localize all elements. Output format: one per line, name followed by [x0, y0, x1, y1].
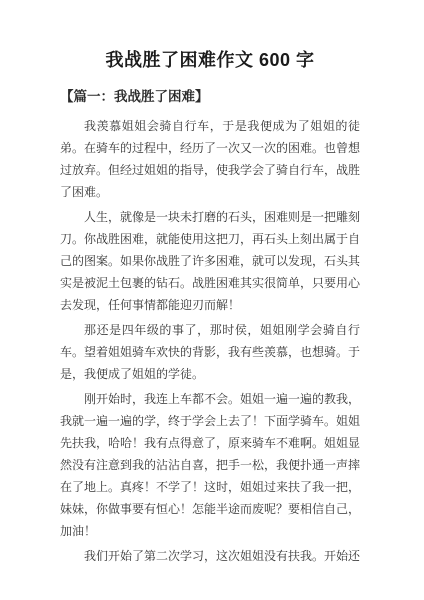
essay-paragraph-4: 刚开始时，我连上车都不会。姐姐一遍一遍的教我，我就一遍一遍的学，终于学会上去了！…	[60, 388, 360, 542]
essay-paragraph-1: 我羡慕姐姐会骑自行车，于是我便成为了姐姐的徒弟。在骑车的过程中，经历了一次又一次…	[60, 115, 360, 203]
page-title: 我战胜了困难作文 600 字	[60, 49, 360, 71]
essay-paragraph-3: 那还是四年级的事了，那时侯，姐姐刚学会骑自行车。望着姐姐骑车欢快的背影，我有些羡…	[60, 319, 360, 385]
section-heading: 【篇一：我战胜了困难】	[60, 87, 360, 107]
essay-paragraph-2: 人生，就像是一块未打磨的石头，困难则是一把雕刻刀。你战胜困难，就能使用这把刀，再…	[60, 206, 360, 316]
essay-paragraph-5-truncated: 我们开始了第二次学习，这次姐姐没有扶我。开始还	[60, 545, 360, 567]
document-page: 我战胜了困难作文 600 字 【篇一：我战胜了困难】 我羡慕姐姐会骑自行车，于是…	[0, 0, 424, 600]
